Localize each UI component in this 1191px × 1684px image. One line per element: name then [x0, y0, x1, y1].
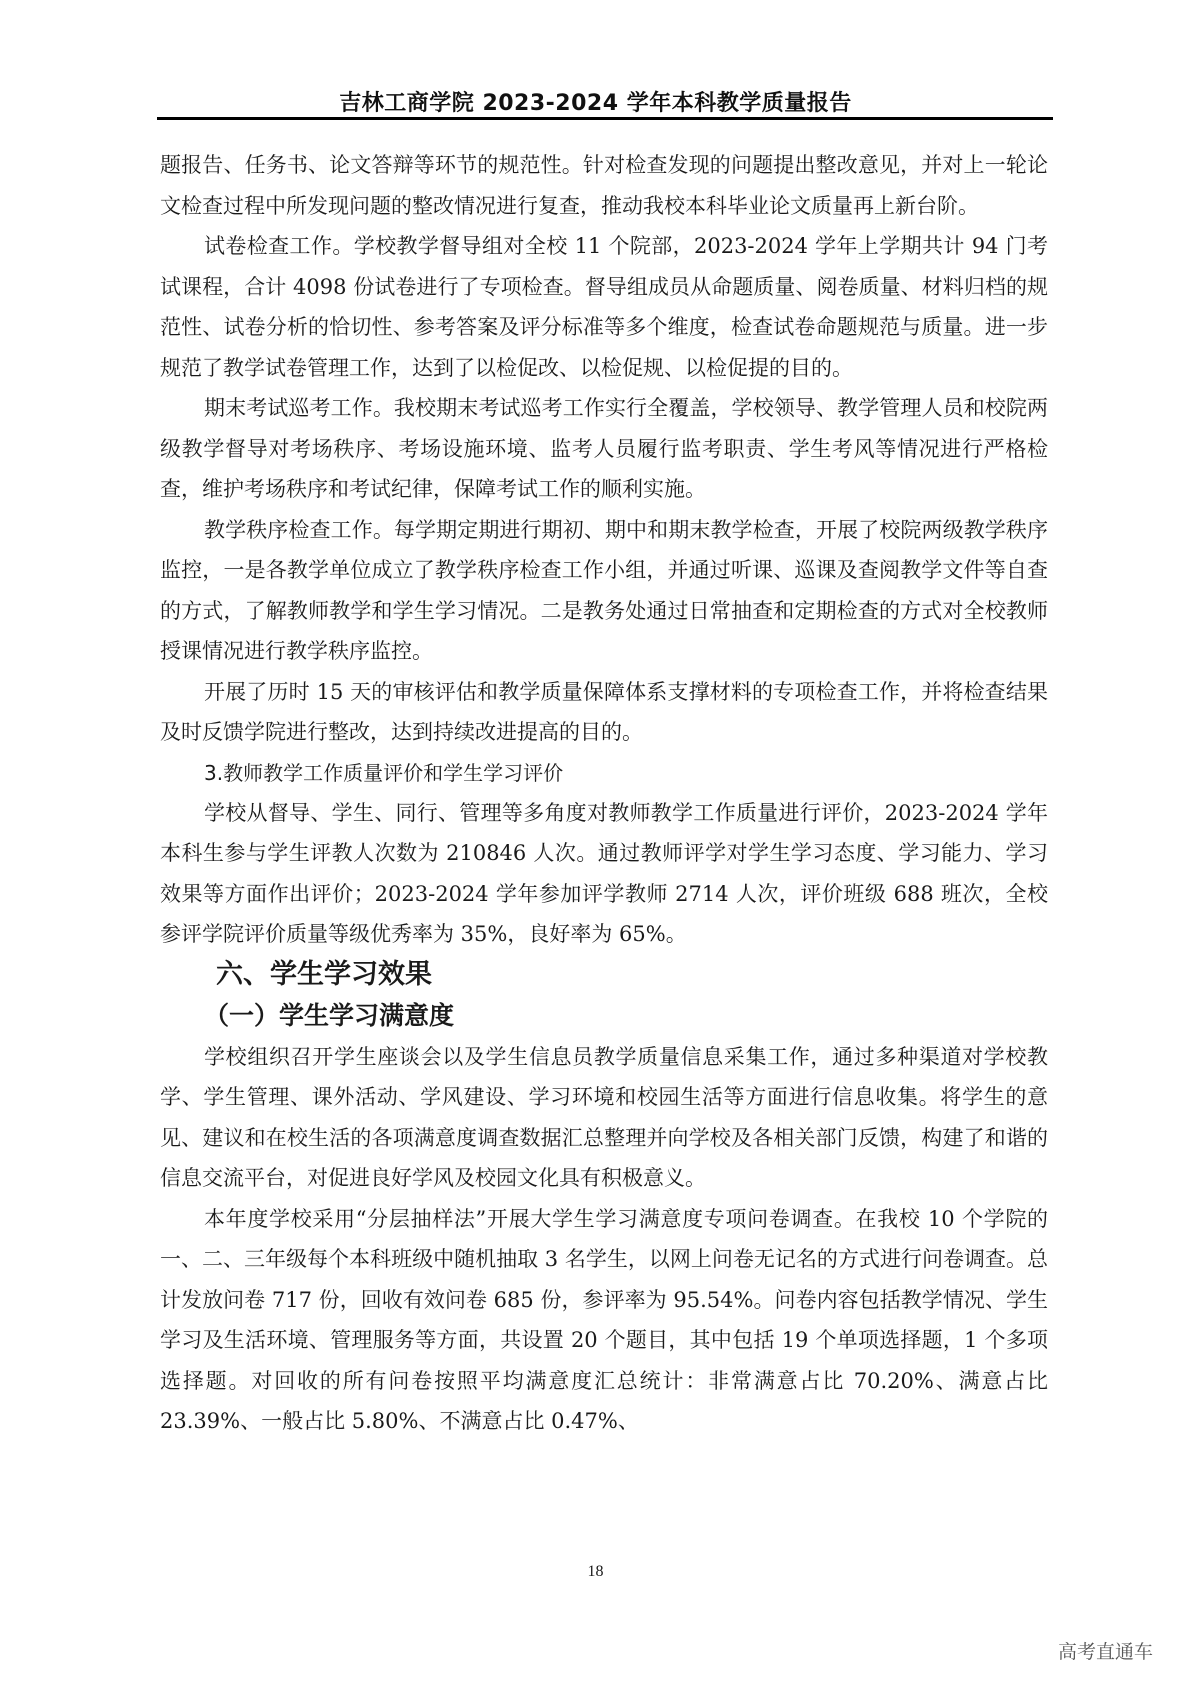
paragraph-exam-paper-check: 试卷检查工作。学校教学督导组对全校 11 个院部，2023-2024 学年上学期… [160, 226, 1048, 388]
page-content: 题报告、任务书、论文答辩等环节的规范性。针对检查发现的问题提出整改意见，并对上一… [160, 145, 1048, 1442]
header-divider [157, 117, 1053, 120]
paragraph-final-exam-patrol: 期末考试巡考工作。我校期末考试巡考工作实行全覆盖，学校领导、教学管理人员和校院两… [160, 388, 1048, 510]
paragraph-thesis-check-continued: 题报告、任务书、论文答辩等环节的规范性。针对检查发现的问题提出整改意见，并对上一… [160, 145, 1048, 226]
subsection-heading-learning-satisfaction: （一）学生学习满意度 [160, 995, 1048, 1037]
paragraph-audit-evaluation-check: 开展了历时 15 天的审核评估和教学质量保障体系支撑材料的专项检查工作，并将检查… [160, 672, 1048, 753]
report-header-title: 吉林工商学院 2023-2024 学年本科教学质量报告 [0, 86, 1191, 117]
page-number: 18 [0, 1563, 1191, 1581]
paragraph-satisfaction-survey: 本年度学校采用“分层抽样法”开展大学生学习满意度专项问卷调查。在我校 10 个学… [160, 1199, 1048, 1442]
watermark-text: 高考直通车 [1058, 1637, 1153, 1664]
subheading-teacher-student-evaluation: 3.教师教学工作质量评价和学生学习评价 [160, 753, 1048, 793]
paragraph-teaching-quality-evaluation: 学校从督导、学生、同行、管理等多角度对教师教学工作质量进行评价，2023-202… [160, 793, 1048, 955]
paragraph-info-collection: 学校组织召开学生座谈会以及学生信息员教学质量信息采集工作，通过多种渠道对学校教学… [160, 1037, 1048, 1199]
section-heading-learning-outcomes: 六、学生学习效果 [160, 955, 1048, 995]
paragraph-teaching-order-check: 教学秩序检查工作。每学期定期进行期初、期中和期末教学检查，开展了校院两级教学秩序… [160, 510, 1048, 672]
